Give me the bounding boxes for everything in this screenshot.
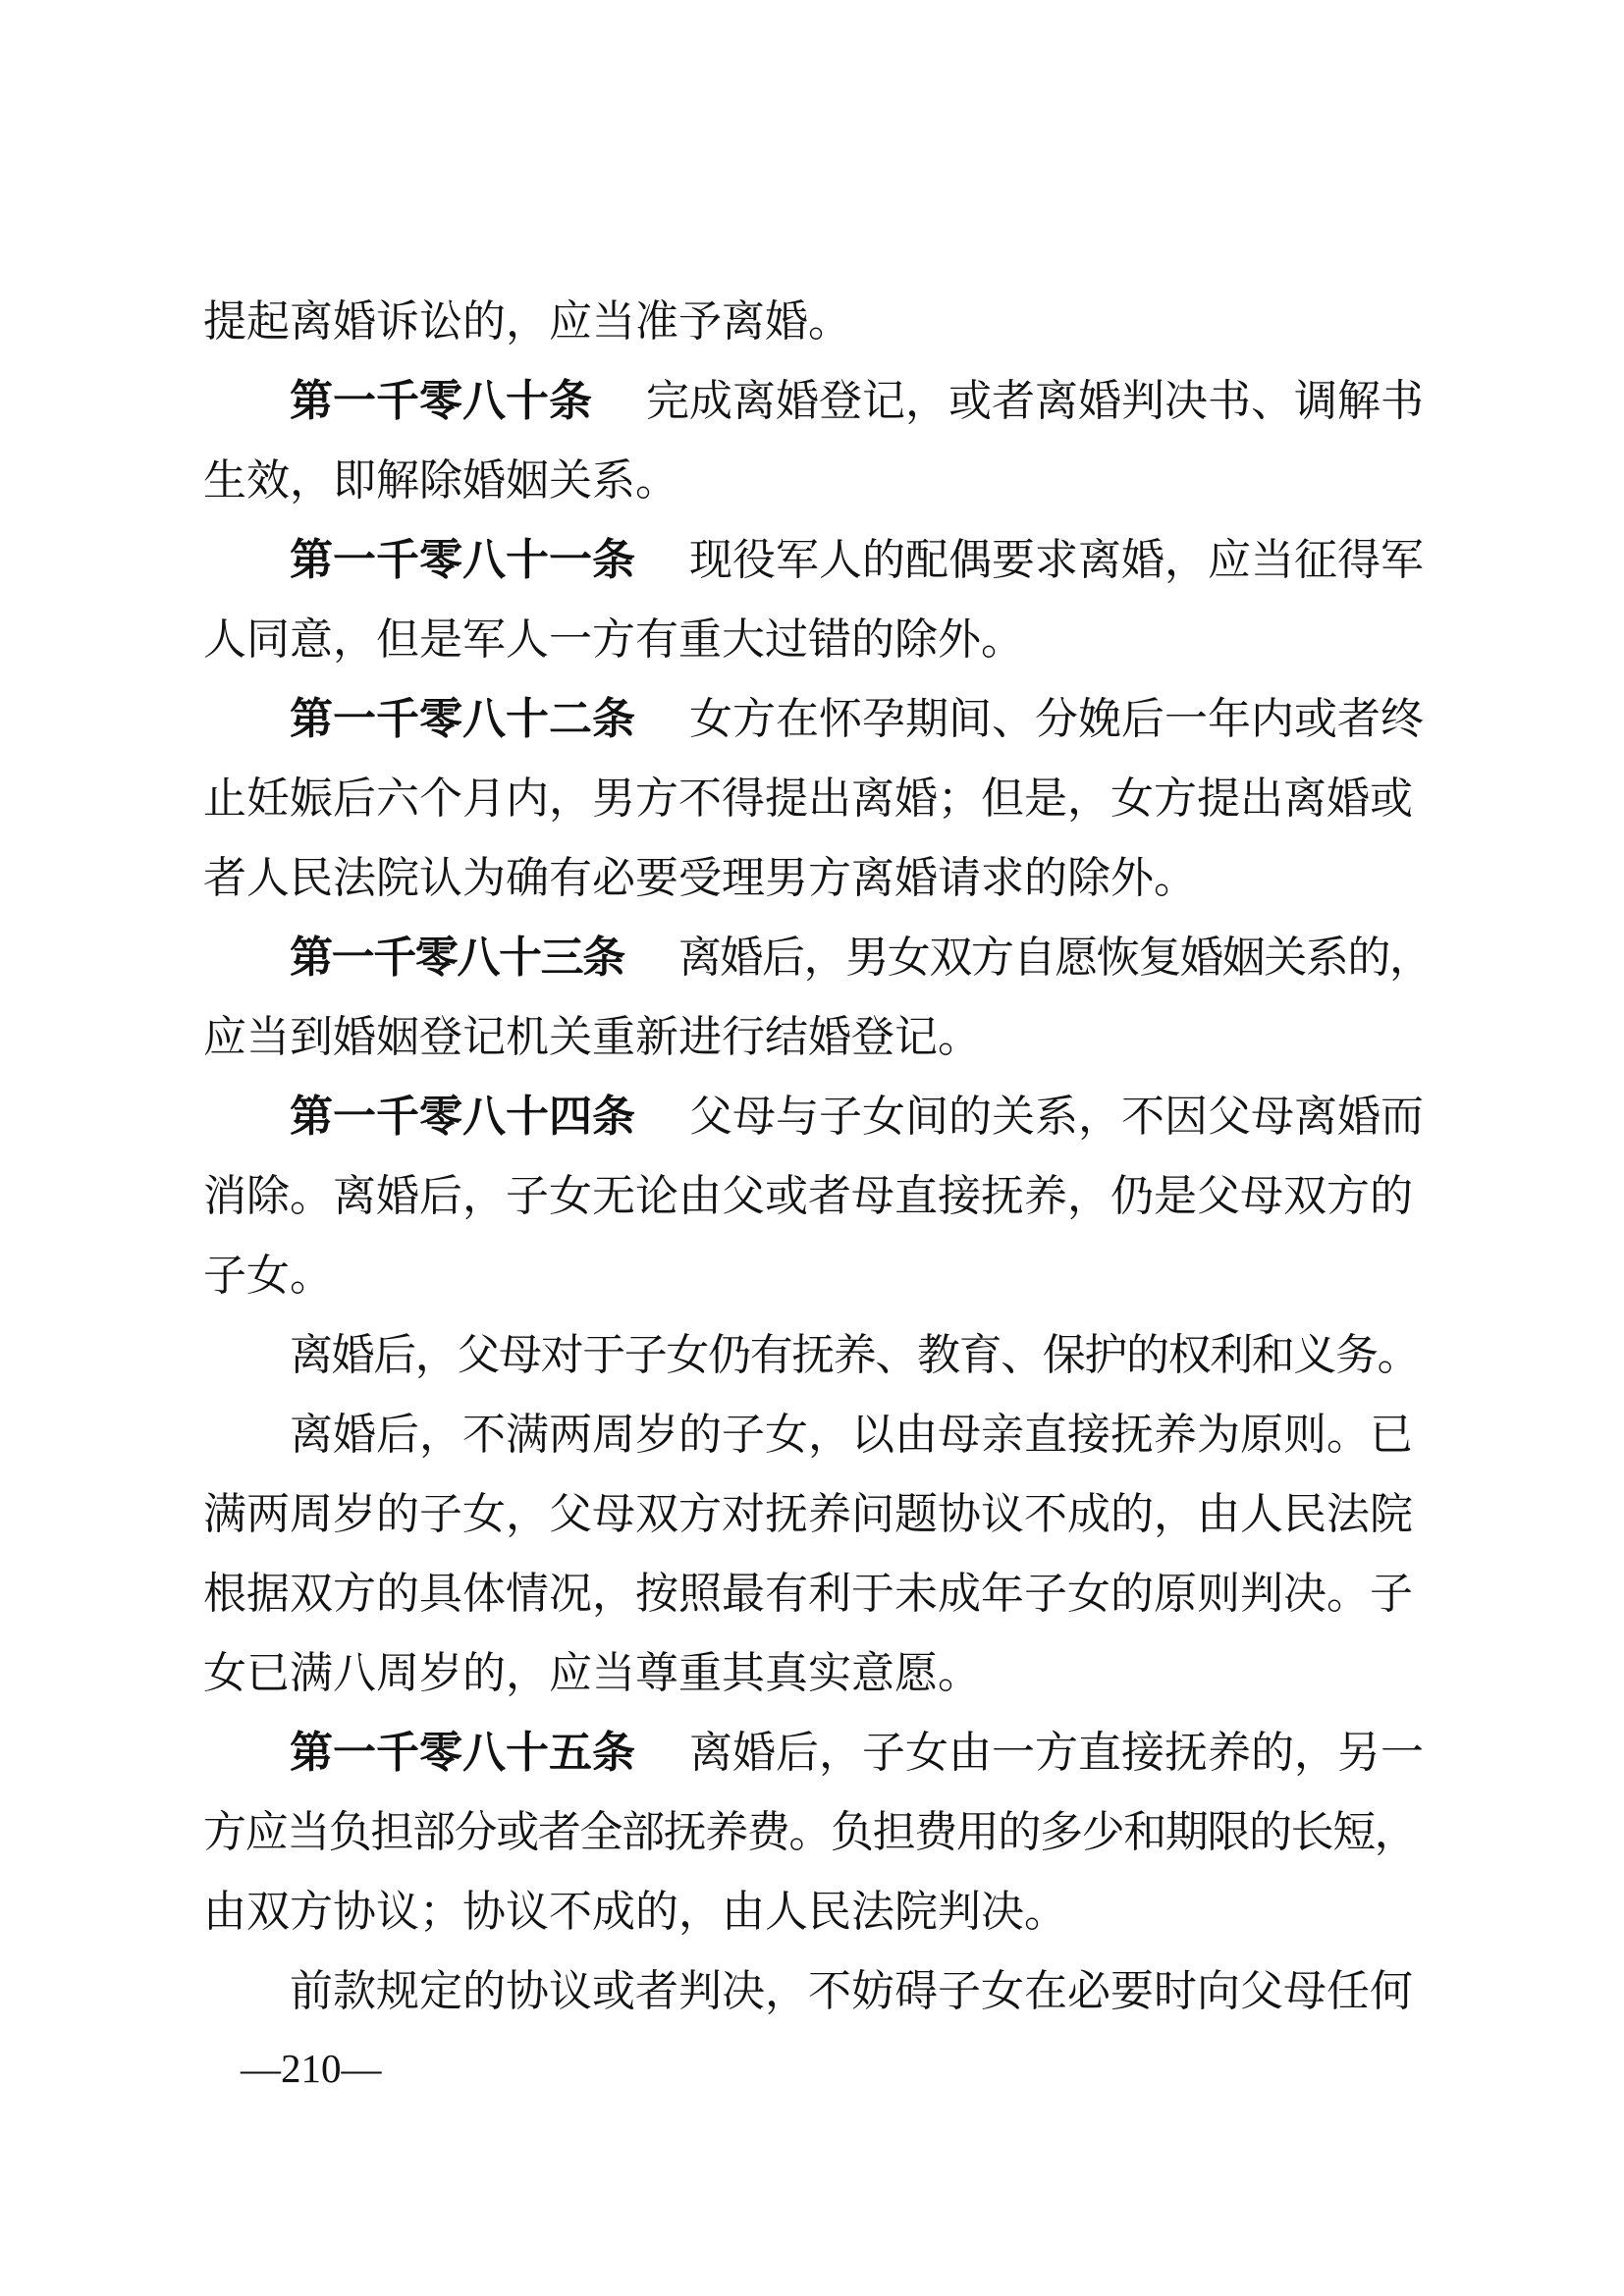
text-line-6: 第一千零八十二条女方在怀孕期间、分娩后一年内或者终 <box>203 679 1421 759</box>
body-text: 离婚后，不满两周岁的子女，以由母亲直接抚养为原则。已 <box>290 1411 1413 1459</box>
body-text: 止妊娠后六个月内，男方不得提出离婚；但是，女方提出离婚或 <box>203 774 1413 823</box>
body-text: 离婚后，子女由一方直接抚养的，另一 <box>689 1729 1424 1777</box>
text-line-11: 第一千零八十四条父母与子女间的关系，不因父母离婚而 <box>203 1077 1421 1156</box>
article-number-1080: 第一千零八十条 <box>290 377 592 425</box>
text-line-17: 根据双方的具体情况，按照最有利于未成年子女的原则判决。子 <box>203 1554 1421 1633</box>
text-line-20: 方应当负担部分或者全部抚养费。负担费用的多少和期限的长短， <box>203 1792 1421 1872</box>
body-text: 子女。 <box>203 1252 333 1300</box>
body-text: 应当到婚姻登记机关重新进行结婚登记。 <box>203 1013 981 1061</box>
body-text: 满两周岁的子女，父母双方对抚养问题协议不成的，由人民法院 <box>203 1490 1413 1538</box>
body-text: 完成离婚登记，或者离婚判决书、调解书 <box>646 377 1424 425</box>
text-line-3: 生效，即解除婚姻关系。 <box>203 441 1421 520</box>
page-body: 提起离婚诉讼的，应当准予离婚。 第一千零八十条完成离婚登记，或者离婚判决书、调解… <box>203 282 1421 2031</box>
body-text: 父母与子女间的关系，不因父母离婚而 <box>689 1093 1424 1141</box>
text-line-9: 第一千零八十三条离婚后，男女双方自愿恢复婚姻关系的， <box>203 918 1421 997</box>
body-text: 前款规定的协议或者判决，不妨碍子女在必要时向父母任何 <box>290 1967 1413 2015</box>
text-line-5: 人同意，但是军人一方有重大过错的除外。 <box>203 600 1421 679</box>
body-text: 方应当负担部分或者全部抚养费。负担费用的多少和期限的长短， <box>203 1808 1416 1856</box>
article-number-1084: 第一千零八十四条 <box>290 1093 635 1141</box>
text-line-7: 止妊娠后六个月内，男方不得提出离婚；但是，女方提出离婚或 <box>203 759 1421 838</box>
body-text: 离婚后，父母对于子女仍有抚养、教育、保护的权利和义务。 <box>290 1331 1419 1379</box>
body-text: 提起离婚诉讼的，应当准予离婚。 <box>203 297 851 346</box>
text-line-10: 应当到婚姻登记机关重新进行结婚登记。 <box>203 997 1421 1077</box>
text-line-22: 前款规定的协议或者判决，不妨碍子女在必要时向父母任何 <box>203 1951 1421 2031</box>
body-text: 女方在怀孕期间、分娩后一年内或者终 <box>689 695 1424 743</box>
article-number-1085: 第一千零八十五条 <box>290 1729 635 1777</box>
article-number-1082: 第一千零八十二条 <box>290 695 635 743</box>
text-line-8: 者人民法院认为确有必要受理男方离婚请求的除外。 <box>203 838 1421 918</box>
body-text: 人同意，但是军人一方有重大过错的除外。 <box>203 615 1024 664</box>
body-text: 现役军人的配偶要求离婚，应当征得军 <box>689 536 1424 584</box>
text-line-1: 提起离婚诉讼的，应当准予离婚。 <box>203 282 1421 361</box>
text-line-13: 子女。 <box>203 1236 1421 1315</box>
text-line-16: 满两周岁的子女，父母双方对抚养问题协议不成的，由人民法院 <box>203 1474 1421 1554</box>
body-text: 消除。离婚后，子女无论由父或者母直接抚养，仍是父母双方的 <box>203 1172 1413 1220</box>
text-line-15: 离婚后，不满两周岁的子女，以由母亲直接抚养为原则。已 <box>203 1395 1421 1474</box>
article-number-1081: 第一千零八十一条 <box>290 536 635 584</box>
body-text: 根据双方的具体情况，按照最有利于未成年子女的原则判决。子 <box>203 1570 1413 1618</box>
text-line-2: 第一千零八十条完成离婚登记，或者离婚判决书、调解书 <box>203 361 1421 441</box>
body-text: 女已满八周岁的，应当尊重其真实意愿。 <box>203 1649 981 1697</box>
text-line-21: 由双方协议；协议不成的，由人民法院判决。 <box>203 1872 1421 1951</box>
body-text: 由双方协议；协议不成的，由人民法院判决。 <box>203 1888 1067 1936</box>
text-line-14: 离婚后，父母对于子女仍有抚养、教育、保护的权利和义务。 <box>203 1315 1421 1395</box>
body-text: 者人民法院认为确有必要受理男方离婚请求的除外。 <box>203 854 1197 902</box>
page-number: —210— <box>241 2047 382 2091</box>
text-line-18: 女已满八周岁的，应当尊重其真实意愿。 <box>203 1633 1421 1713</box>
body-text: 生效，即解除婚姻关系。 <box>203 456 678 505</box>
body-text: 离婚后，男女双方自愿恢复婚姻关系的， <box>678 934 1432 982</box>
text-line-19: 第一千零八十五条离婚后，子女由一方直接抚养的，另一 <box>203 1713 1421 1792</box>
text-line-12: 消除。离婚后，子女无论由父或者母直接抚养，仍是父母双方的 <box>203 1156 1421 1236</box>
document-page: 提起离婚诉讼的，应当准予离婚。 第一千零八十条完成离婚登记，或者离婚判决书、调解… <box>0 0 1624 2296</box>
text-line-4: 第一千零八十一条现役军人的配偶要求离婚，应当征得军 <box>203 520 1421 600</box>
article-number-1083: 第一千零八十三条 <box>290 934 624 982</box>
